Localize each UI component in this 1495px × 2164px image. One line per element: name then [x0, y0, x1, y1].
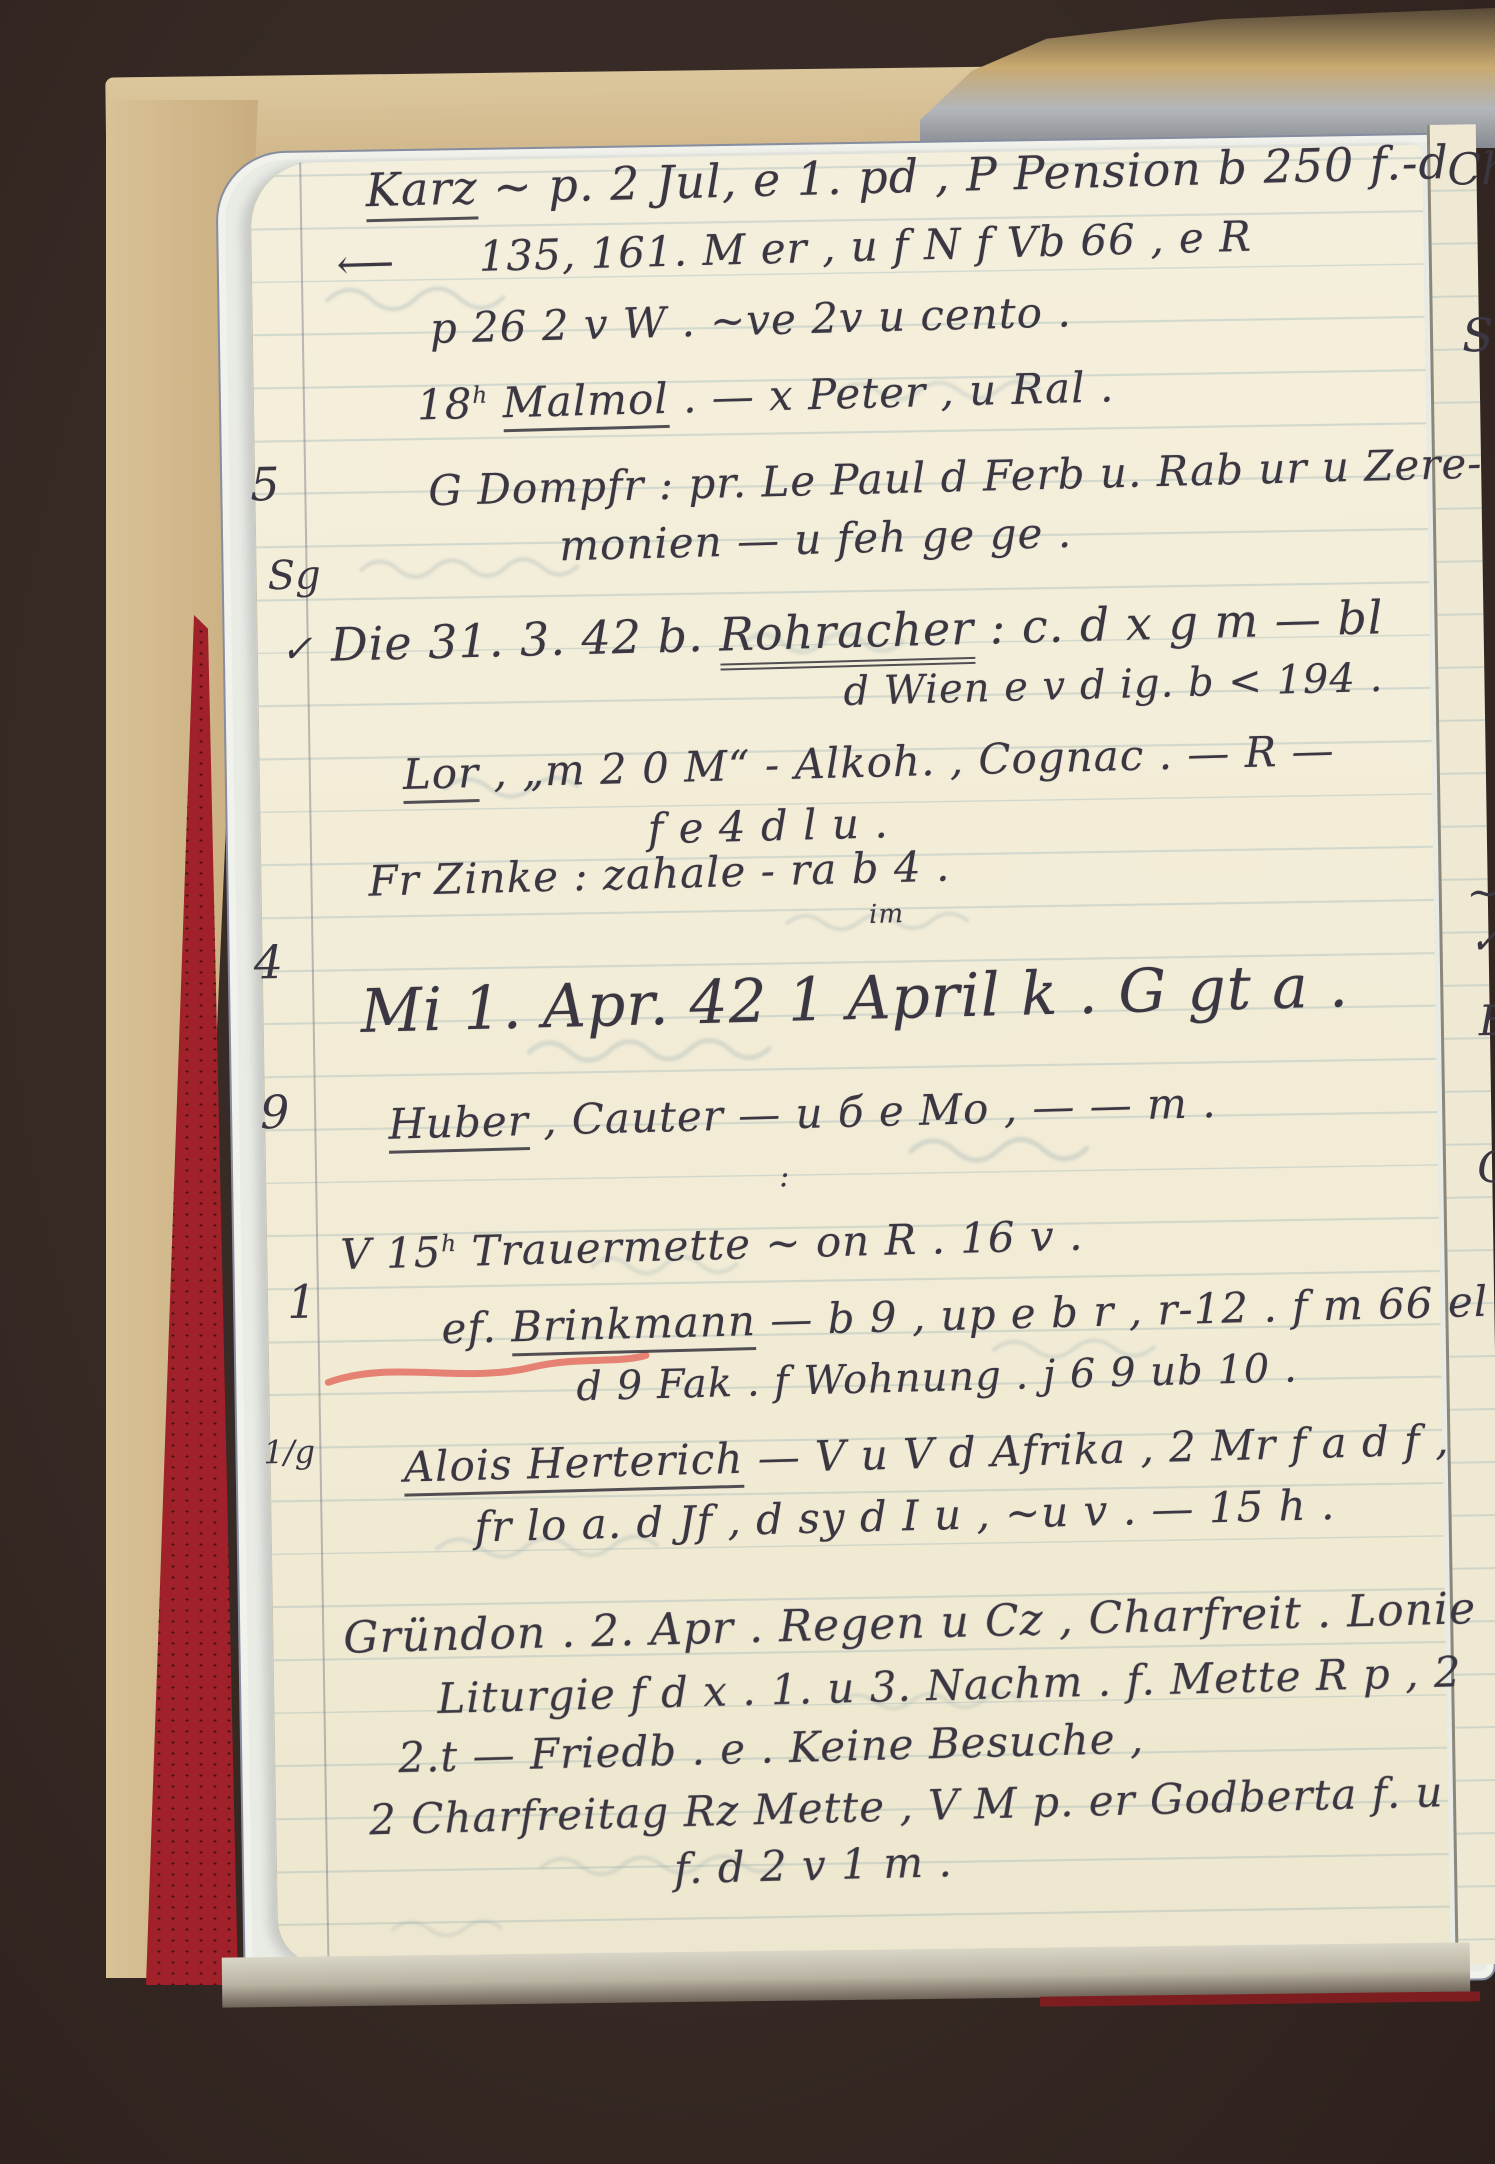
handwriting-line: Liturgie f d x . 1. u 3. Nachm . f. Mett…	[437, 1647, 1462, 1723]
margin-mark: 1	[287, 1275, 317, 1329]
margin-mark: 9	[260, 1085, 290, 1139]
handwriting-line: 18h Malmol . — x Peter , u Ral .	[416, 362, 1114, 429]
next-page-partial-writing: E	[1478, 996, 1495, 1045]
handwriting-line: G Dompfr : pr. Le Paul d Ferb u. Rab ur …	[428, 439, 1483, 516]
handwriting-line: Lor , „m 2 0 M“ - Alkoh. , Cognac . — R …	[402, 726, 1335, 799]
margin-mark: 5	[250, 457, 280, 511]
open-page-group: ⟵Karz ~ p. 2 Jul, e 1. pd , P Pension b …	[215, 132, 1495, 1999]
next-page-partial-writing: S	[1462, 308, 1494, 362]
handwriting-line: ef. Brinkmann — b 9 , up e b r , r-12 . …	[441, 1276, 1495, 1353]
handwriting-line: d 9 Fak . f Wohnung . j 6 9 ub 10 .	[576, 1345, 1298, 1410]
margin-mark: 1/g	[263, 1433, 315, 1472]
handwriting-line: :	[779, 1159, 791, 1194]
handwriting-line: Huber , Cauter — u б e Mo , — — m .	[388, 1078, 1217, 1149]
next-page-partial-writing: G	[1477, 1142, 1495, 1194]
handwriting-line: monien — u feh ge ge .	[559, 508, 1073, 570]
handwriting-line: im	[869, 899, 905, 930]
handwriting-line: 2 Charfreitag Rz Mette , V M p. er Godbe…	[369, 1767, 1445, 1844]
margin-mark: 4	[253, 935, 283, 989]
handwriting-line: 135, 161. M er , u f N f Vb 66 , e R	[478, 212, 1252, 281]
handwriting-layer: ⟵Karz ~ p. 2 Jul, e 1. pd , P Pension b …	[215, 132, 1495, 1999]
handwriting-line: V 15h Trauermette ~ on R . 16 v .	[340, 1211, 1084, 1279]
handwriting-line: f. d 2 v 1 m .	[673, 1837, 953, 1893]
handwriting-line: p 26 2 v W . ~ve 2v u cento .	[429, 287, 1072, 353]
handwriting-line: 2.t — Friedb . e . Keine Besuche ,	[398, 1714, 1145, 1783]
handwriting-line: ⟵	[336, 241, 396, 289]
next-page-partial-writing: ~	[1466, 870, 1495, 917]
margin-mark: ✓	[280, 627, 313, 671]
handwriting-line: Fr Zinke : zahale - ra b 4 .	[368, 842, 951, 906]
handwriting-line: Mi 1. Apr. 42 1 April k . G gt a .	[360, 951, 1350, 1047]
page-block-top-right	[920, 8, 1495, 148]
handwriting-line: Karz ~ p. 2 Jul, e 1. pd , P Pension b 2…	[365, 135, 1450, 217]
next-page-partial-writing: ✓	[1469, 918, 1495, 962]
notebook-photo: ⟵Karz ~ p. 2 Jul, e 1. pd , P Pension b …	[0, 0, 1495, 2164]
next-page-partial-writing: Ch	[1447, 144, 1495, 196]
margin-mark: Sg	[267, 552, 321, 599]
